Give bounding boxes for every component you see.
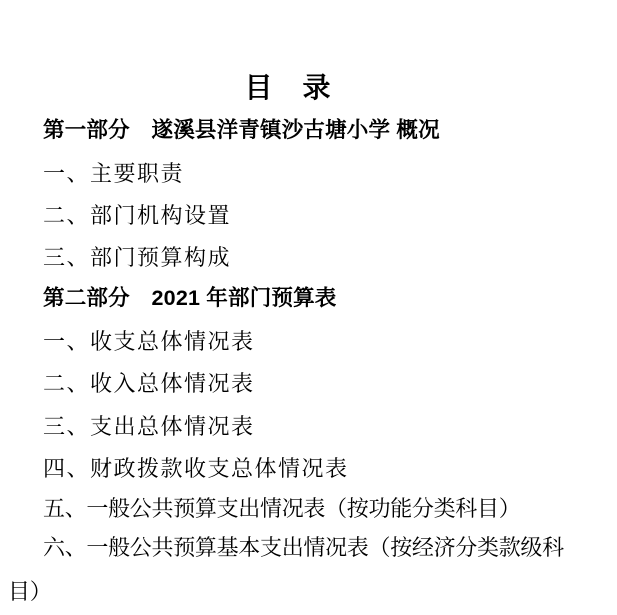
section-1-heading: 第一部分 遂溪县洋青镇沙古塘小学 概况	[43, 119, 440, 143]
toc-item-2-5: 五、一般公共预算支出情况表（按功能分类科目）	[43, 497, 520, 521]
toc-title: 目 录	[0, 73, 576, 104]
toc-item-2-1: 一、收支总体情况表	[43, 330, 255, 354]
toc-item-2-2: 二、收入总体情况表	[43, 372, 255, 396]
toc-item-1-3: 三、部门预算构成	[43, 246, 231, 270]
toc-item-1-1: 一、主要职责	[43, 162, 184, 186]
toc-item-1-2: 二、部门机构设置	[43, 204, 231, 228]
toc-item-2-6: 六、一般公共预算基本支出情况表（按经济分类款级科	[43, 536, 564, 560]
toc-item-2-6-wrap: 目）	[8, 580, 51, 604]
section-2-heading: 第二部分 2021 年部门预算表	[43, 287, 337, 311]
toc-item-2-4: 四、财政拨款收支总体情况表	[43, 457, 349, 481]
toc-item-2-3: 三、支出总体情况表	[43, 415, 255, 439]
document-page: 目 录 第一部分 遂溪县洋青镇沙古塘小学 概况 一、主要职责 二、部门机构设置 …	[0, 0, 617, 615]
